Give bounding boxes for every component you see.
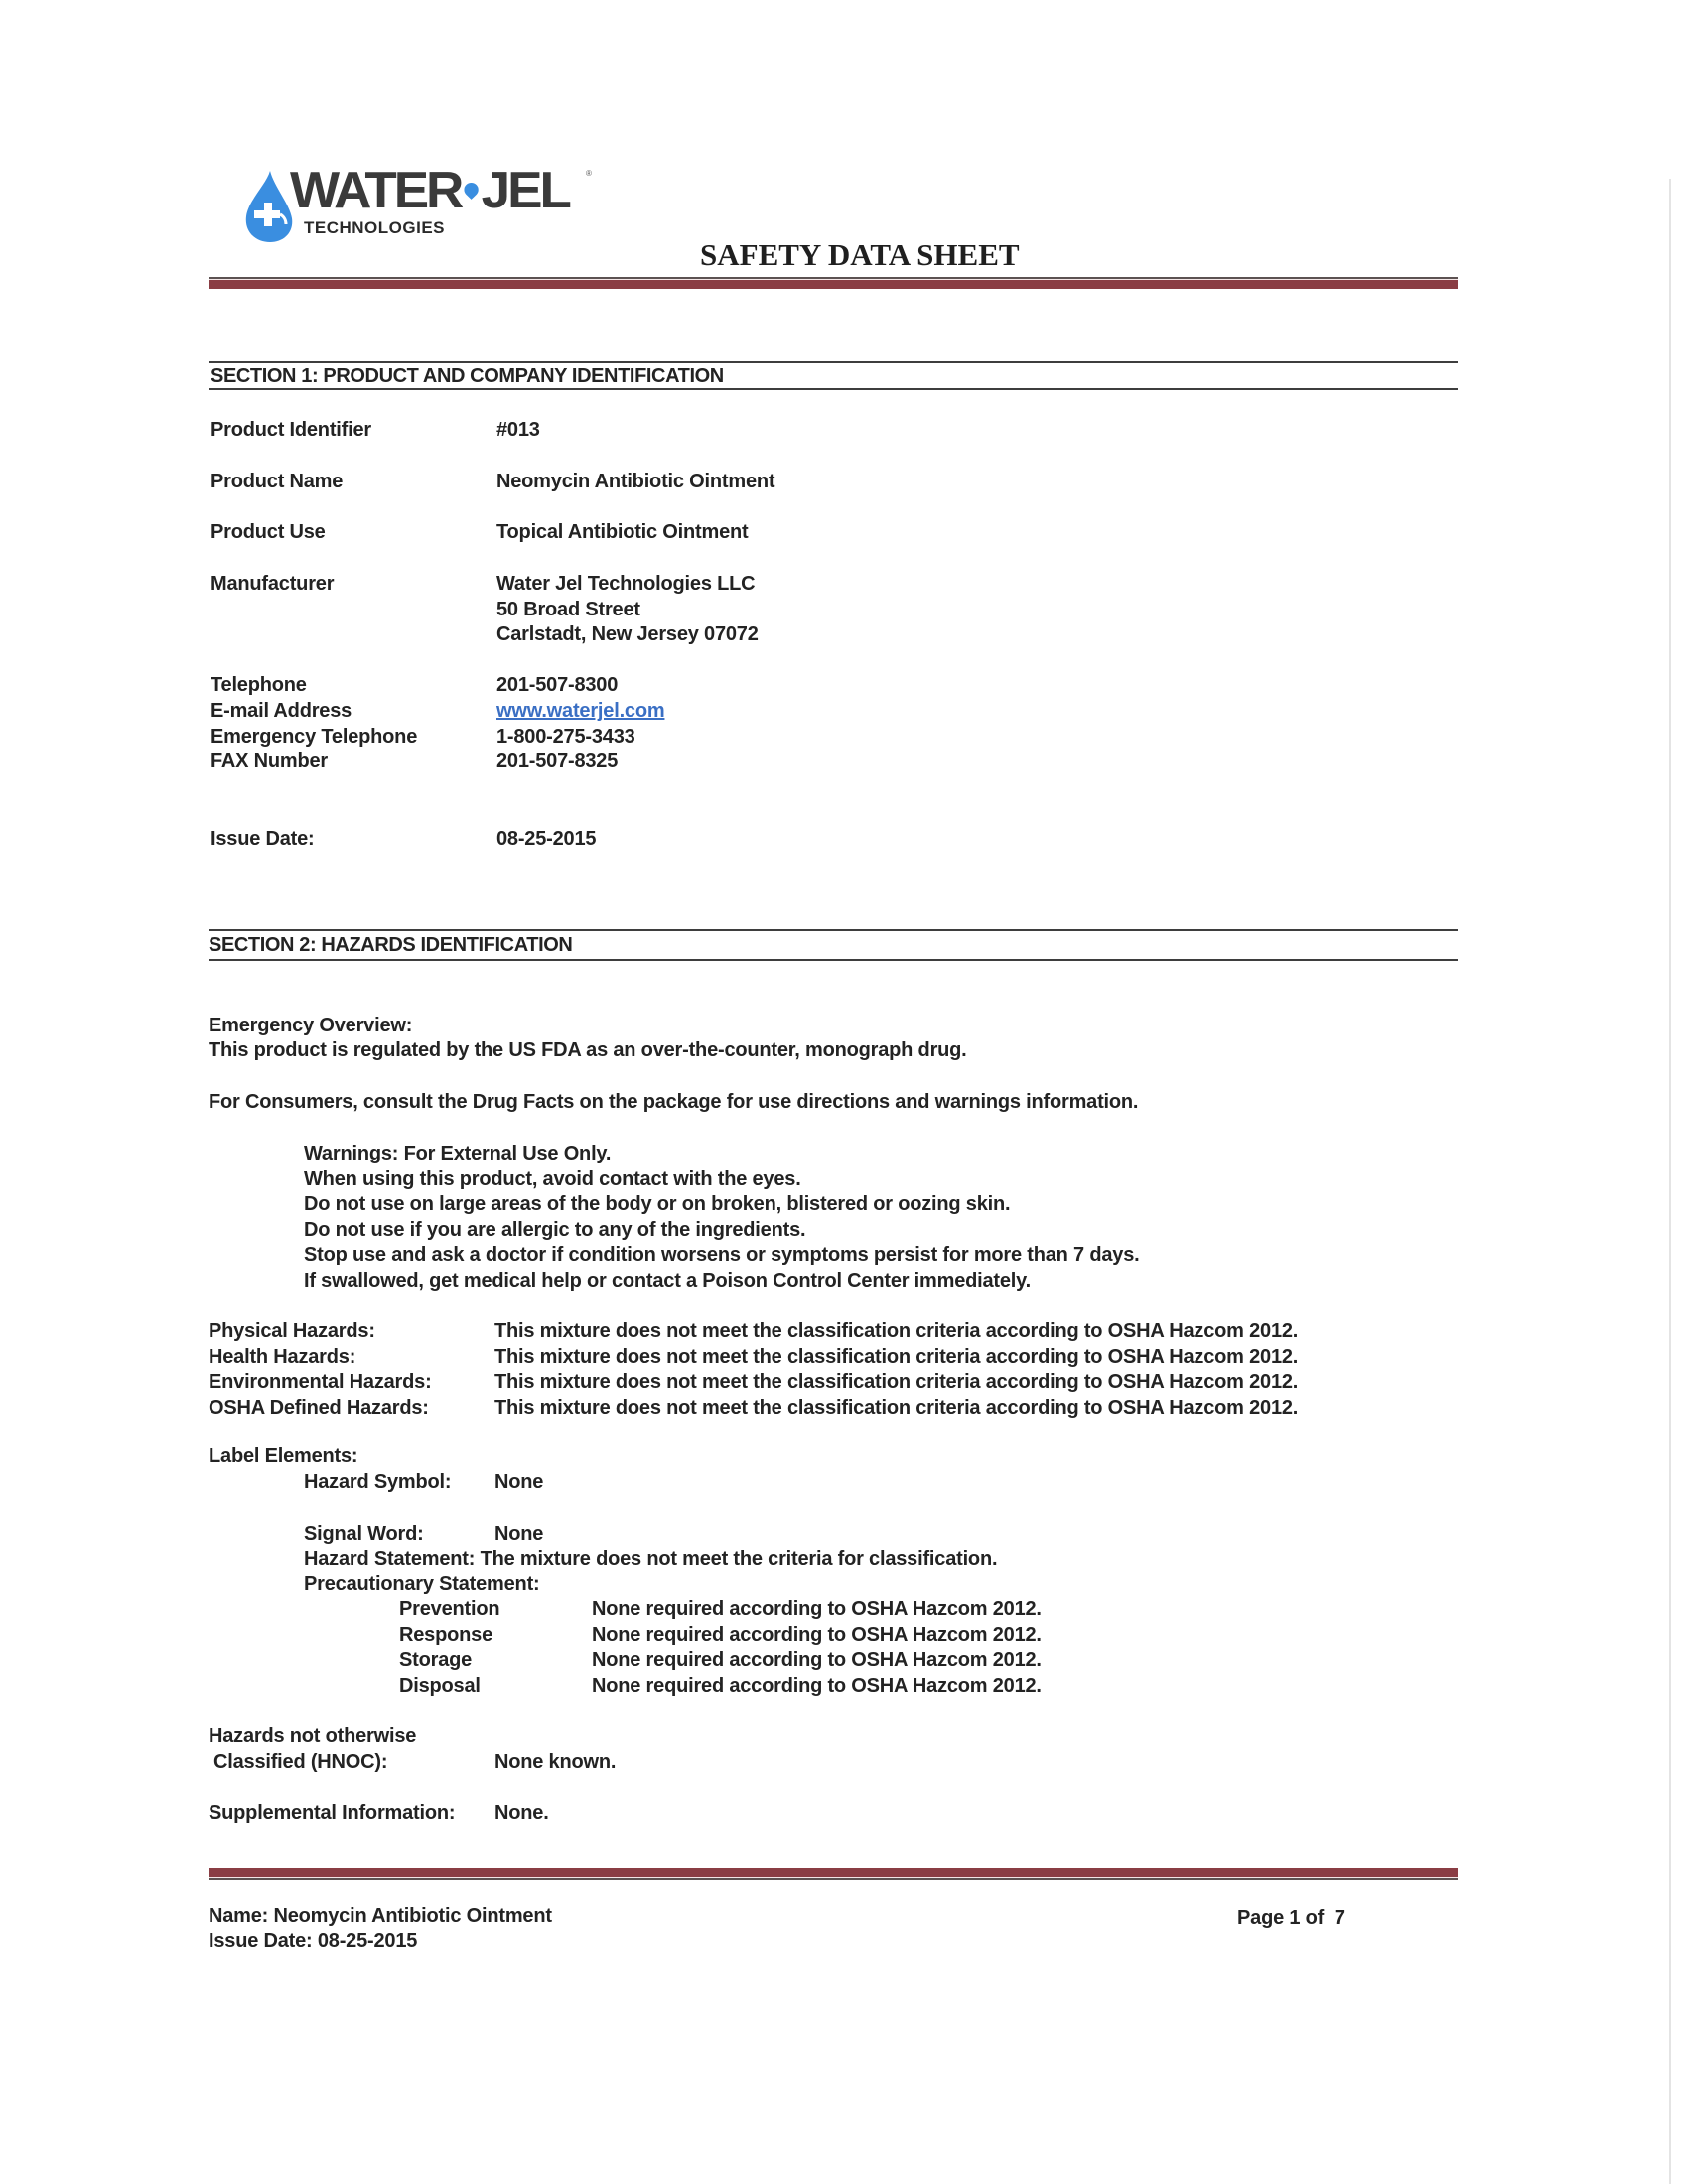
precaution-label: Response [399, 1623, 492, 1647]
manufacturer-city: Carlstadt, New Jersey 07072 [496, 622, 759, 646]
header-rule [209, 277, 1458, 289]
hazard-statement-label: Hazard Statement: [304, 1548, 475, 1570]
emergency-telephone-label: Emergency Telephone [211, 725, 417, 749]
logo-dot-icon [461, 180, 481, 200]
telephone-label: Telephone [211, 673, 307, 697]
product-identifier-label: Product Identifier [211, 418, 371, 442]
page-number: Page 1 of 7 [1237, 1906, 1345, 1930]
precautionary-statement-label: Precautionary Statement: [304, 1572, 540, 1596]
consumers-text: For Consumers, consult the Drug Facts on… [209, 1090, 1138, 1114]
footer-issue-date: Issue Date: 08-25-2015 [209, 1929, 417, 1953]
warning-line: When using this product, avoid contact w… [304, 1167, 801, 1191]
precaution-value: None required according to OSHA Hazcom 2… [592, 1674, 1042, 1698]
warning-line: If swallowed, get medical help or contac… [304, 1269, 1031, 1293]
precaution-value: None required according to OSHA Hazcom 2… [592, 1648, 1042, 1672]
product-use-value: Topical Antibiotic Ointment [496, 520, 748, 544]
section2-top-rule [209, 929, 1458, 931]
signal-word-value: None [494, 1522, 543, 1546]
warning-line: Do not use on large areas of the body or… [304, 1192, 1010, 1216]
section1-heading: SECTION 1: PRODUCT AND COMPANY IDENTIFIC… [211, 364, 724, 388]
hazard-value: This mixture does not meet the classific… [494, 1345, 1298, 1369]
manufacturer-label: Manufacturer [211, 572, 334, 596]
precaution-label: Prevention [399, 1597, 499, 1621]
hnoc-label-line1: Hazards not otherwise [209, 1724, 416, 1748]
water-drop-icon [240, 171, 296, 242]
manufacturer-name: Water Jel Technologies LLC [496, 572, 755, 596]
hazard-label: OSHA Defined Hazards: [209, 1396, 429, 1420]
precaution-label: Disposal [399, 1674, 481, 1698]
product-name-value: Neomycin Antibiotic Ointment [496, 470, 774, 493]
document-title: SAFETY DATA SHEET [700, 238, 1020, 272]
hazard-value: This mixture does not meet the classific… [494, 1370, 1298, 1394]
hazard-label: Health Hazards: [209, 1345, 355, 1369]
supplemental-value: None. [494, 1801, 549, 1825]
product-identifier-value: #013 [496, 418, 540, 442]
section1-top-rule [209, 361, 1458, 363]
issue-date-value: 08-25-2015 [496, 827, 596, 851]
hazard-statement-value: The mixture does not meet the criteria f… [481, 1548, 998, 1570]
section1-bottom-rule [209, 388, 1458, 390]
supplemental-label: Supplemental Information: [209, 1801, 455, 1825]
fax-value: 201-507-8325 [496, 750, 618, 773]
footer-rule [209, 1868, 1458, 1880]
section2-bottom-rule [209, 959, 1458, 961]
hnoc-value: None known. [494, 1750, 616, 1774]
product-use-label: Product Use [211, 520, 326, 544]
precaution-value: None required according to OSHA Hazcom 2… [592, 1623, 1042, 1647]
hazard-label: Environmental Hazards: [209, 1370, 432, 1394]
manufacturer-street: 50 Broad Street [496, 598, 640, 621]
hazard-value: This mixture does not meet the classific… [494, 1319, 1298, 1343]
hazard-symbol-label: Hazard Symbol: [304, 1470, 451, 1494]
hazard-label: Physical Hazards: [209, 1319, 375, 1343]
emergency-overview-text: This product is regulated by the US FDA … [209, 1038, 967, 1062]
hnoc-label-line2: Classified (HNOC): [213, 1750, 387, 1774]
emergency-overview-label: Emergency Overview: [209, 1014, 412, 1037]
product-name-label: Product Name [211, 470, 343, 493]
warning-line: Do not use if you are allergic to any of… [304, 1218, 805, 1242]
issue-date-label: Issue Date: [211, 827, 315, 851]
hazard-value: This mixture does not meet the classific… [494, 1396, 1298, 1420]
precaution-label: Storage [399, 1648, 472, 1672]
warning-line: Warnings: For External Use Only. [304, 1142, 611, 1165]
footer-product-name: Name: Neomycin Antibiotic Ointment [209, 1904, 552, 1928]
warning-line: Stop use and ask a doctor if condition w… [304, 1243, 1139, 1267]
hazard-statement: Hazard Statement: The mixture does not m… [304, 1547, 997, 1570]
telephone-value: 201-507-8300 [496, 673, 618, 697]
website-link[interactable]: www.waterjel.com [496, 699, 664, 723]
signal-word-label: Signal Word: [304, 1522, 424, 1546]
email-label: E-mail Address [211, 699, 352, 723]
label-elements-label: Label Elements: [209, 1444, 357, 1468]
emergency-telephone-value: 1-800-275-3433 [496, 725, 635, 749]
trademark-mark: ® [586, 169, 592, 178]
precaution-value: None required according to OSHA Hazcom 2… [592, 1597, 1042, 1621]
logo-subtitle: TECHNOLOGIES [304, 218, 445, 238]
section2-heading: SECTION 2: HAZARDS IDENTIFICATION [209, 933, 572, 957]
scan-edge [1669, 179, 1671, 2184]
logo-wordmark: WATERJEL [290, 165, 569, 216]
company-logo: WATERJEL ® TECHNOLOGIES [240, 167, 598, 246]
fax-label: FAX Number [211, 750, 328, 773]
hazard-symbol-value: None [494, 1470, 543, 1494]
